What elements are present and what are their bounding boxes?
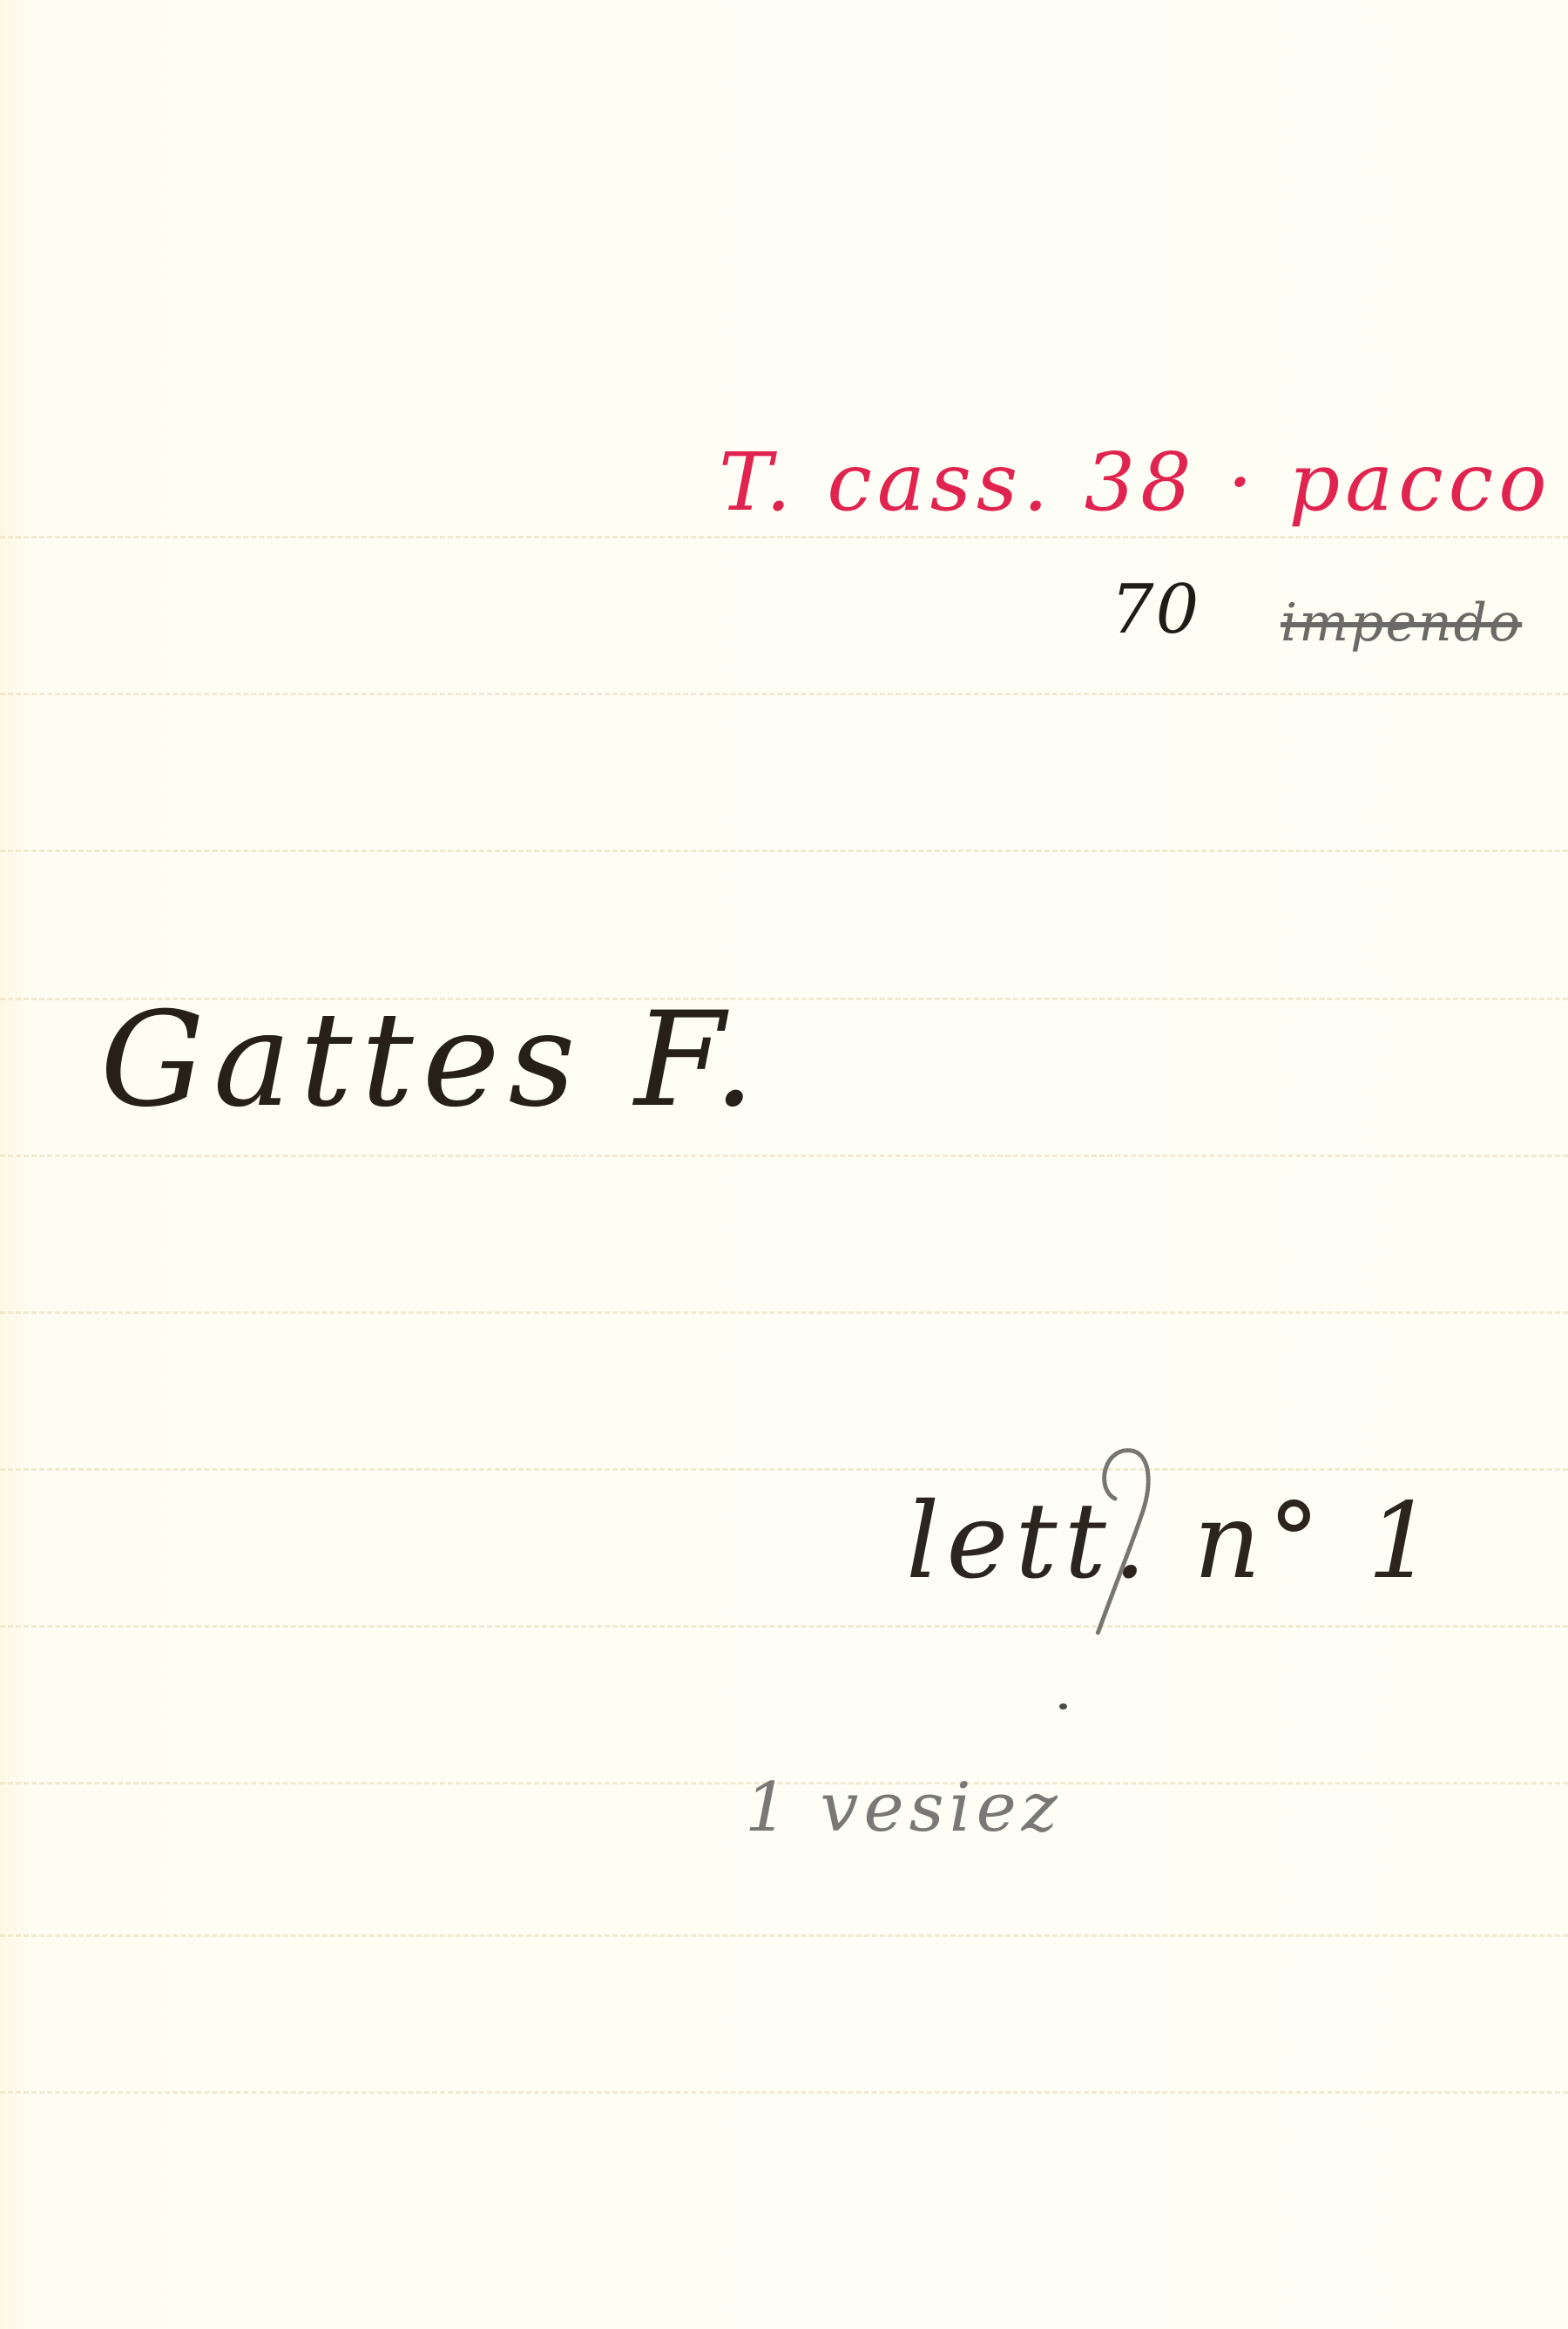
index-card: T. cass. 38 · pacco 89 70 impendo Gattes… [0, 0, 1568, 2329]
ruled-line [0, 1154, 1568, 1157]
ruled-line [0, 1934, 1568, 1937]
ruled-line [0, 693, 1568, 695]
secondary-number: 70 [1111, 571, 1200, 649]
ruled-line [0, 536, 1568, 538]
letters-count: lett. n° 1 [906, 1481, 1441, 1602]
shelfmark: T. cass. 38 · pacco 89 [719, 436, 1568, 529]
ruled-line [0, 2091, 1568, 2094]
ruled-line [0, 1311, 1568, 1314]
pencil-loop-mark [1080, 1438, 1159, 1638]
ruled-line [0, 1625, 1568, 1628]
entry-name: Gattes F. [100, 985, 764, 1136]
struck-word: impendo [1281, 592, 1522, 653]
pencil-dot [1059, 1703, 1067, 1710]
ruled-line [0, 1468, 1568, 1471]
pencil-note: 1 vesiez [745, 1769, 1063, 1847]
ruled-line [0, 850, 1568, 852]
